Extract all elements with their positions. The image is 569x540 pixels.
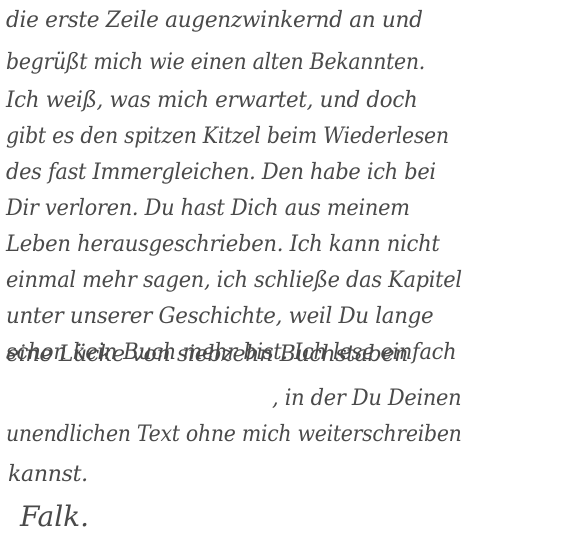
letter-line: die erste Zeile augenzwinkernd an und <box>6 8 423 33</box>
letter-line: einmal mehr sagen, ich schließe das Kapi… <box>6 268 462 293</box>
letter-line: unendlichen Text ohne mich weiterschreib… <box>6 422 462 447</box>
signature: Falk. <box>20 500 89 533</box>
letter-line: unter unserer Geschichte, weil Du lange <box>6 304 433 329</box>
letter-line-indented: , in der Du Deinen <box>272 386 461 411</box>
letter-line: Ich weiß, was mich erwartet, und doch <box>6 88 417 113</box>
letter-line: begrüßt mich wie einen alten Bekannten. <box>6 50 425 75</box>
handwritten-letter-page: die erste Zeile augenzwinkernd an und be… <box>0 0 569 540</box>
letter-line: Leben herausgeschrieben. Ich kann nicht <box>6 232 440 257</box>
letter-line: kannst. <box>8 462 88 487</box>
letter-line: gibt es den spitzen Kitzel beim Wiederle… <box>6 124 449 149</box>
letter-line: eine Lücke von siebzehn Buchstaben <box>6 342 408 367</box>
letter-line: des fast Immergleichen. Den habe ich bei <box>6 160 436 185</box>
letter-line: Dir verloren. Du hast Dich aus meinem <box>6 196 410 221</box>
